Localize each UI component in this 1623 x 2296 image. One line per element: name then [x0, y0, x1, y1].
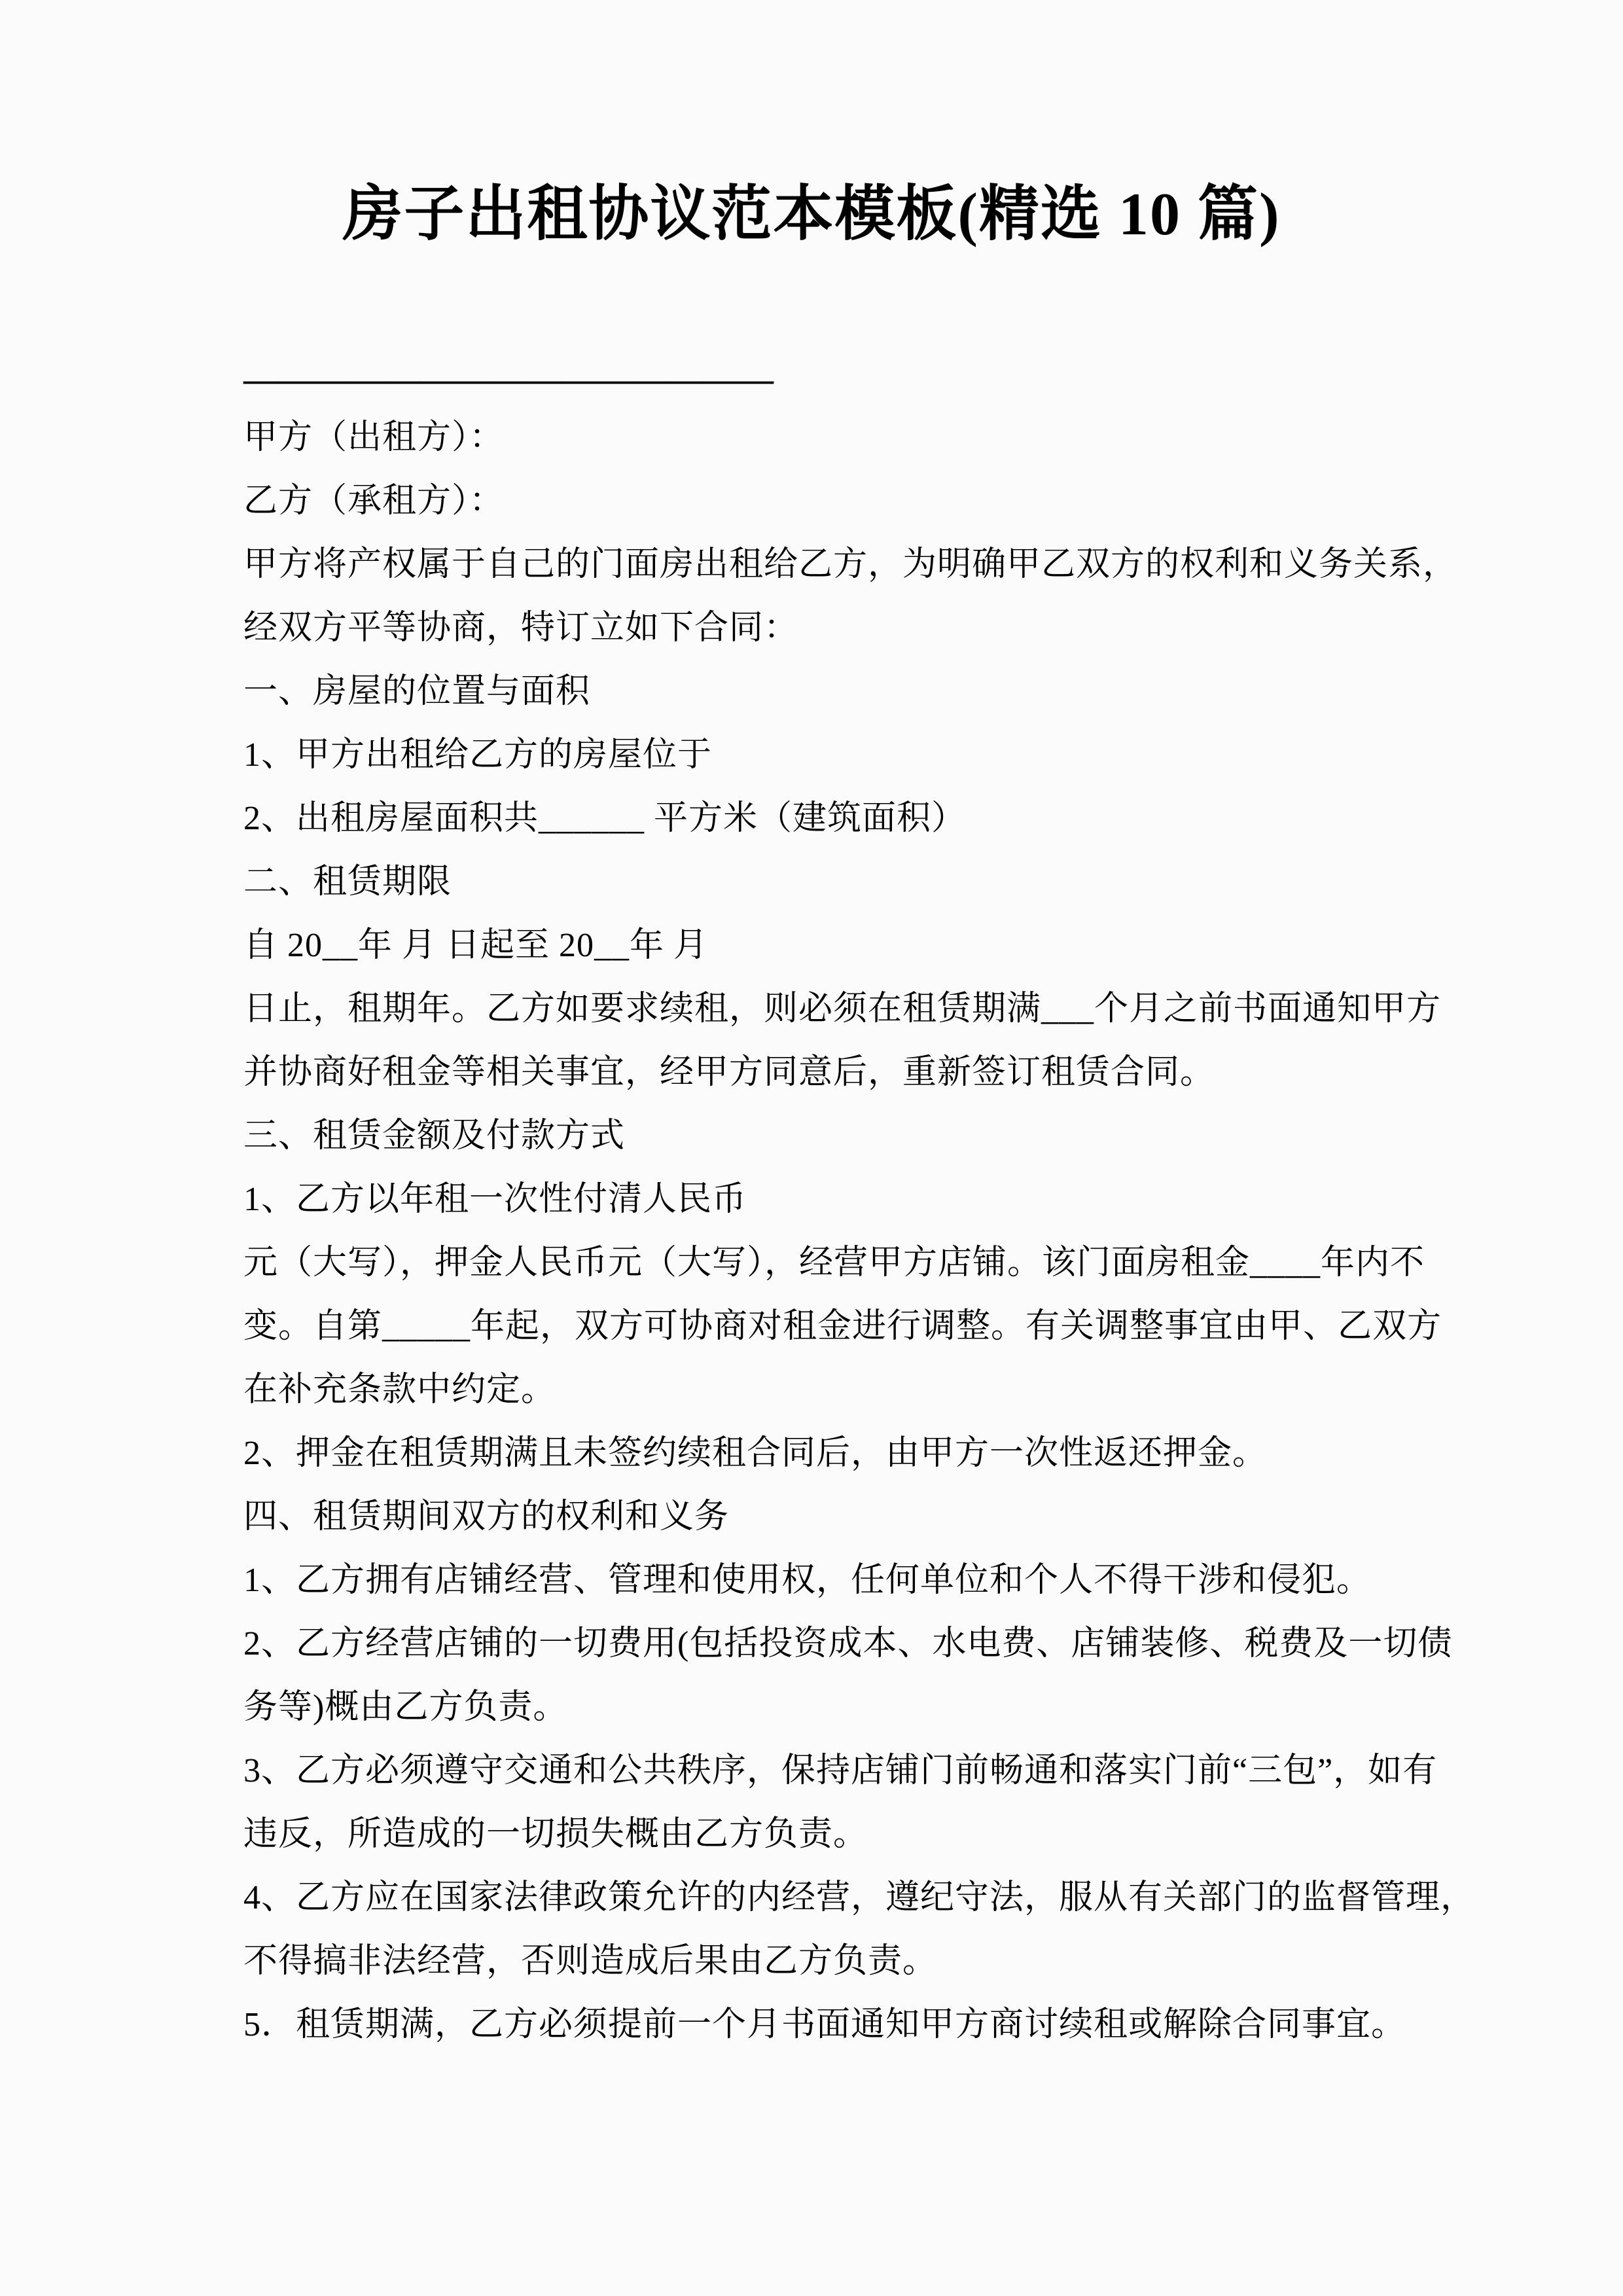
text-line: 日止，租期年。乙方如要求续租，则必须在租赁期满___个月之前书面通知甲方	[243, 977, 1415, 1041]
text-line: 经双方平等协商，特订立如下合同：	[243, 596, 1415, 660]
text-line: 自 20__年 月 日起至 20__年 月	[243, 914, 1415, 977]
text-line: 1、乙方以年租一次性付清人民币	[243, 1168, 1415, 1231]
text-line: 甲方（出租方）：	[243, 406, 1415, 469]
text-line: 变。自第_____年起，双方可协商对租金进行调整。有关调整事宜由甲、乙双方	[243, 1295, 1415, 1358]
page-title: 房子出租协议范本模板(精选 10 篇)	[0, 178, 1623, 250]
text-line: 并协商好租金等相关事宜，经甲方同意后，重新签订租赁合同。	[243, 1041, 1415, 1104]
text-line: 元（大写），押金人民币元（大写），经营甲方店铺。该门面房租金____年内不	[243, 1231, 1415, 1295]
text-line: 乙方（承租方）：	[243, 469, 1415, 533]
title-divider-line: ———————————————	[243, 350, 774, 408]
text-line: 2、出租房屋面积共______ 平方米（建筑面积）	[243, 787, 1415, 850]
text-line: 一、房屋的位置与面积	[243, 660, 1415, 723]
text-line: 不得搞非法经营，否则造成后果由乙方负责。	[243, 1929, 1415, 1993]
text-line: 1、乙方拥有店铺经营、管理和使用权，任何单位和个人不得干涉和侵犯。	[243, 1549, 1415, 1612]
text-line: 5．租赁期满，乙方必须提前一个月书面通知甲方商讨续租或解除合同事宜。	[243, 1993, 1415, 2056]
document-body: 甲方（出租方）： 乙方（承租方）： 甲方将产权属于自己的门面房出租给乙方，为明确…	[243, 406, 1415, 2056]
text-line: 3、乙方必须遵守交通和公共秩序，保持店铺门前畅通和落实门前“三包”，如有	[243, 1739, 1415, 1803]
text-line: 2、乙方经营店铺的一切费用(包括投资成本、水电费、店铺装修、税费及一切债	[243, 1612, 1415, 1676]
text-line: 二、租赁期限	[243, 850, 1415, 914]
document-page: 房子出租协议范本模板(精选 10 篇) ——————————————— 甲方（出…	[0, 0, 1623, 2296]
text-line: 务等)概由乙方负责。	[243, 1676, 1415, 1739]
text-line: 1、甲方出租给乙方的房屋位于	[243, 723, 1415, 787]
text-line: 甲方将产权属于自己的门面房出租给乙方，为明确甲乙双方的权利和义务关系，	[243, 533, 1415, 596]
text-line: 4、乙方应在国家法律政策允许的内经营，遵纪守法，服从有关部门的监督管理，	[243, 1866, 1415, 1929]
text-line: 违反，所造成的一切损失概由乙方负责。	[243, 1803, 1415, 1866]
text-line: 2、押金在租赁期满且未签约续租合同后，由甲方一次性返还押金。	[243, 1422, 1415, 1485]
text-line: 三、租赁金额及付款方式	[243, 1104, 1415, 1168]
text-line: 在补充条款中约定。	[243, 1358, 1415, 1422]
text-line: 四、租赁期间双方的权利和义务	[243, 1485, 1415, 1549]
